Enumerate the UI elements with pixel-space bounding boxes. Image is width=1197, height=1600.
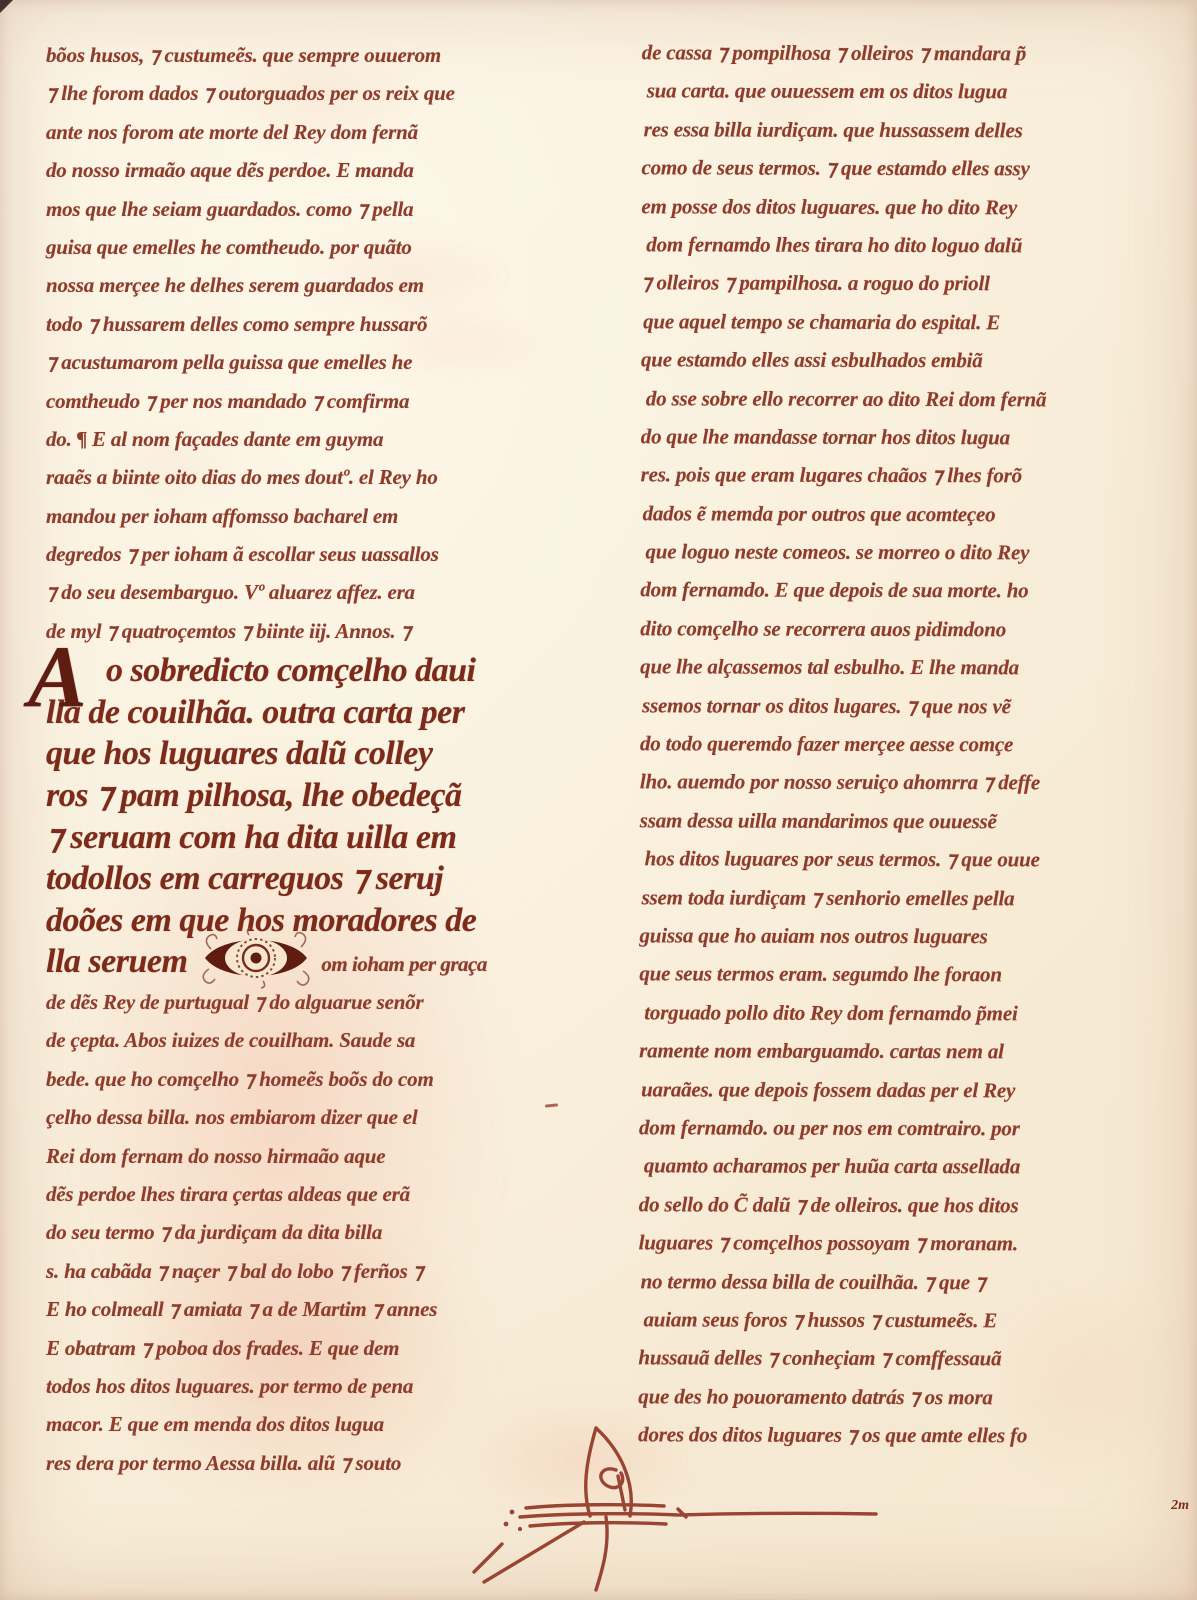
manuscript-line: dito comçelho se recorrera auos pidimdon… — [640, 609, 1175, 649]
manuscript-line: mos que lhe seiam guardados. como ⁊ pell… — [46, 190, 561, 228]
manuscript-line: ros ⁊ pam pilhosa, lhe obedeçã — [46, 775, 561, 817]
manuscript-line: bede. que ho comçelho ⁊ homeẽs boõs do c… — [46, 1060, 561, 1098]
manuscript-line: ⁊ olleiros ⁊ pampilhosa. a roguo do prio… — [641, 264, 1176, 304]
manuscript-line: auiam seus foros ⁊ hussos ⁊ custumeẽs. E — [638, 1300, 1173, 1340]
manuscript-line: bõos husos, ⁊ custumeẽs. que sempre ouue… — [46, 36, 561, 74]
manuscript-line: que seus termos eram. segumdo lhe foraon — [639, 955, 1174, 995]
manuscript-line: no termo dessa billa de couilhãa. ⁊ que … — [639, 1262, 1174, 1302]
manuscript-line: o sobredicto comçelho daui — [46, 650, 561, 692]
manuscript-line: sua carta. que ouuessem em os ditos lugu… — [642, 72, 1177, 112]
heading-last-words: lla seruem — [46, 941, 187, 983]
manuscript-line: comtheudo ⁊ per nos mandado ⁊ comfirma — [46, 382, 561, 420]
manuscript-line: res. pois que eram lugares chaãos ⁊ lhes… — [641, 456, 1176, 496]
manuscript-line: todo ⁊ hussarem delles como sempre hussa… — [46, 305, 561, 343]
manuscript-line: do nosso irmaão aque dẽs perdoe. E manda — [46, 151, 561, 189]
manuscript-line: do sello do C̃ dalũ ⁊ de olleiros. que h… — [639, 1185, 1174, 1225]
manuscript-line: do todo queremdo fazer merçee aesse comç… — [640, 724, 1175, 764]
manuscript-line: que lhe alçassemos tal esbulho. E lhe ma… — [640, 648, 1175, 688]
manuscript-line: do sse sobre ello recorrer ao dito Rei d… — [641, 379, 1176, 419]
manuscript-line: ssam dessa uilla mandarimos que ouuessẽ — [640, 801, 1175, 841]
manuscript-line: dom fernamdo. E que depois de sua morte.… — [640, 571, 1175, 611]
manuscript-line: do. ¶ E al nom façades dante em guyma — [46, 420, 561, 458]
manuscript-line: quamto acharamos per huũa carta assellad… — [639, 1147, 1174, 1187]
manuscript-line: dẽs perdoe lhes tirara çertas aldeas que… — [46, 1175, 561, 1213]
manuscript-line: nossa merçee he delhes serem guardados e… — [46, 266, 561, 304]
manuscript-line: ramente nom embarguamdo. cartas nem al — [639, 1031, 1174, 1071]
manuscript-line: guisa que emelles he comtheudo. por quãt… — [46, 228, 561, 266]
manuscript-line: dom fernamdo. ou per nos em comtrairo. p… — [639, 1108, 1174, 1148]
manuscript-line: ssemos tornar os ditos lugares. ⁊ que no… — [640, 686, 1175, 726]
manuscript-line: que hos luguares dalũ colley — [46, 733, 561, 775]
quire-signature: 2m — [1171, 1498, 1189, 1514]
charter-heading-lines: lla de couilhãa. outra carta perque hos … — [46, 692, 561, 942]
manuscript-page: bõos husos, ⁊ custumeẽs. que sempre ouue… — [0, 0, 1197, 1600]
manuscript-line: hos ditos luguares por seus termos. ⁊ qu… — [640, 840, 1175, 880]
manuscript-line: lla de couilhãa. outra carta per — [46, 692, 561, 734]
right-text-column: de cassa ⁊ pompilhosa ⁊ olleiros ⁊ manda… — [638, 33, 1177, 1455]
decorated-initial-d-icon — [197, 927, 315, 989]
manuscript-line: luguares ⁊ comçelhos possoyam ⁊ moranam. — [639, 1223, 1174, 1263]
charter-heading-block: A o sobredicto comçelho daui lla de coui… — [46, 650, 561, 983]
manuscript-line: de çepta. Abos iuizes de couilham. Saude… — [46, 1021, 561, 1059]
manuscript-line: dados ẽ memda por outros que acomteçeo — [641, 494, 1176, 534]
manuscript-line: lho. auemdo por nosso seruiço ahomrra ⁊ … — [640, 763, 1175, 803]
manuscript-line: E ho colmeall ⁊ amiata ⁊ a de Martim ⁊ a… — [46, 1290, 561, 1328]
manuscript-line: todollos em carreguos ⁊ seruj — [46, 858, 561, 900]
manuscript-line: ⁊ lhe forom dados ⁊ outorguados per os r… — [46, 74, 561, 112]
manuscript-line: ssem toda iurdiçam ⁊ senhorio emelles pe… — [640, 878, 1175, 918]
manuscript-line: s. ha cabãda ⁊ naçer ⁊ bal do lobo ⁊ fer… — [46, 1252, 561, 1290]
left-upper-paragraph: bõos husos, ⁊ custumeẽs. que sempre ouue… — [46, 36, 561, 650]
manuscript-line: Rei dom fernam do nosso hirmaão aque — [46, 1137, 561, 1175]
manuscript-line: mandou per ioham affomsso bacharel em — [46, 497, 561, 535]
manuscript-line: ⁊ do seu desembarguo. Vº aluarez affez. … — [46, 573, 561, 611]
left-text-column: bõos husos, ⁊ custumeẽs. que sempre ouue… — [46, 36, 561, 1482]
notary-sign-icon — [468, 1396, 898, 1596]
manuscript-line: E obatram ⁊ poboa dos frades. E que dem — [46, 1329, 561, 1367]
drop-cap-a: A — [28, 634, 87, 722]
manuscript-line: guissa que ho auiam nos outros luguares — [639, 916, 1174, 956]
manuscript-line: em posse dos ditos luguares. que ho dito… — [641, 187, 1176, 227]
manuscript-line: ante nos forom ate morte del Rey dom fer… — [46, 113, 561, 151]
manuscript-line: hussauã delles ⁊ conheçiam ⁊ comffessauã — [638, 1339, 1173, 1379]
manuscript-line: om ioham per graça — [317, 945, 486, 983]
manuscript-line: de myl ⁊ quatroçemtos ⁊ biinte iij. Anno… — [46, 612, 561, 650]
manuscript-line: lla seruem — [46, 941, 561, 983]
manuscript-line: ⁊ acustumarom pella guissa que emelles h… — [46, 343, 561, 381]
manuscript-line: torguado pollo dito Rey dom fernamdo p̃m… — [639, 993, 1174, 1033]
manuscript-line: res essa billa iurdiçam. que hussassem d… — [642, 110, 1177, 150]
manuscript-line: uaraães. que depois fossem dadas per el … — [639, 1070, 1174, 1110]
manuscript-line: que loguo neste comeos. se morreo o dito… — [640, 532, 1175, 572]
scan-edge-artifact — [0, 0, 13, 13]
manuscript-line: raaẽs a biinte oito dias do mes doutº. e… — [46, 458, 561, 496]
manuscript-line: dom fernamdo lhes tirara ho dito loguo d… — [641, 225, 1176, 265]
manuscript-line: çelho dessa billa. nos embiarom dizer qu… — [46, 1098, 561, 1136]
manuscript-line: que estamdo elles assi esbulhados embiã — [641, 340, 1176, 380]
manuscript-line: como de seus termos. ⁊ que estamdo elles… — [641, 148, 1176, 188]
manuscript-line: de cassa ⁊ pompilhosa ⁊ olleiros ⁊ manda… — [642, 33, 1177, 73]
manuscript-line: do que lhe mandasse tornar hos ditos lug… — [641, 417, 1176, 457]
manuscript-line: que aquel tempo se chamaria do espital. … — [641, 302, 1176, 342]
manuscript-line: do seu termo ⁊ da jurdiçam da dita billa — [46, 1213, 561, 1251]
manuscript-line: degredos ⁊ per ioham ã escollar seus uas… — [46, 535, 561, 573]
manuscript-line: ⁊ seruam com ha dita uilla em — [46, 817, 561, 859]
